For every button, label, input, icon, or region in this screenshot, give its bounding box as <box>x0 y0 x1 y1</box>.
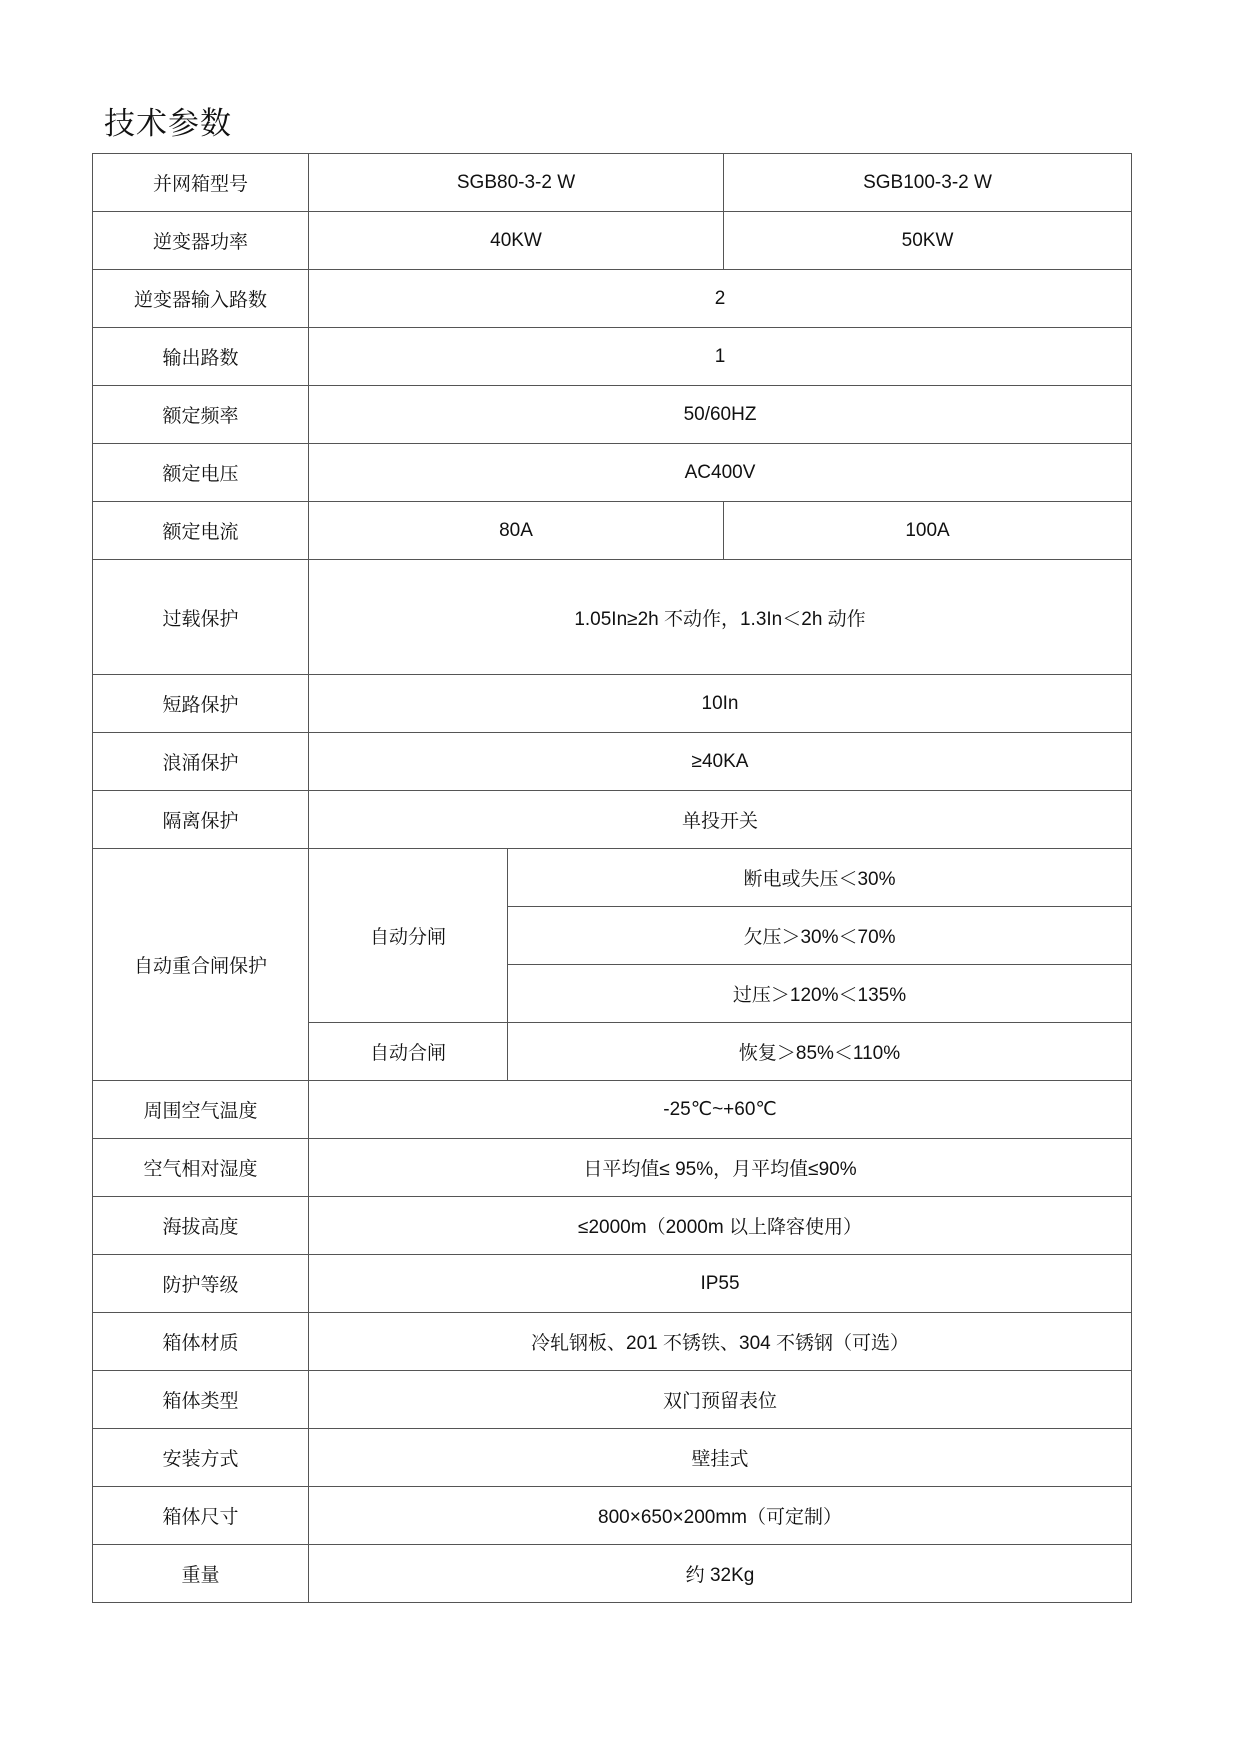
row-label: 过载保护 <box>93 560 309 675</box>
row-value: 100A <box>724 502 1132 560</box>
table-row: 过载保护 1.05In≥2h 不动作，1.3In＜2h 动作 <box>93 560 1132 675</box>
table-row: 箱体尺寸 800×650×200mm（可定制） <box>93 1487 1132 1545</box>
spec-table: 并网箱型号 SGB80-3-2 W SGB100-3-2 W 逆变器功率 40K… <box>92 153 1132 1603</box>
row-value: ≥40KA <box>309 733 1132 791</box>
row-value: 约 32Kg <box>309 1545 1132 1603</box>
table-row: 逆变器功率 40KW 50KW <box>93 212 1132 270</box>
row-label: 空气相对湿度 <box>93 1139 309 1197</box>
table-row: 海拔高度 ≤2000m（2000m 以上降容使用） <box>93 1197 1132 1255</box>
table-row: 重量 约 32Kg <box>93 1545 1132 1603</box>
row-value: 壁挂式 <box>309 1429 1132 1487</box>
row-value: 10In <box>309 675 1132 733</box>
sub-label: 自动分闸 <box>309 849 508 1023</box>
row-label: 浪涌保护 <box>93 733 309 791</box>
row-value: 单投开关 <box>309 791 1132 849</box>
table-row: 输出路数 1 <box>93 328 1132 386</box>
row-value: 2 <box>309 270 1132 328</box>
row-value: 50/60HZ <box>309 386 1132 444</box>
row-label: 输出路数 <box>93 328 309 386</box>
row-value: IP55 <box>309 1255 1132 1313</box>
row-label: 箱体类型 <box>93 1371 309 1429</box>
row-value: 过压＞120%＜135% <box>508 965 1132 1023</box>
row-value: 恢复＞85%＜110% <box>508 1023 1132 1081</box>
row-value: 日平均值≤ 95%，月平均值≤90% <box>309 1139 1132 1197</box>
row-label: 箱体尺寸 <box>93 1487 309 1545</box>
table-row: 额定频率 50/60HZ <box>93 386 1132 444</box>
row-label: 短路保护 <box>93 675 309 733</box>
row-label: 额定频率 <box>93 386 309 444</box>
table-row: 箱体材质 冷轧钢板、201 不锈铁、304 不锈钢（可选） <box>93 1313 1132 1371</box>
row-label: 额定电流 <box>93 502 309 560</box>
row-label: 防护等级 <box>93 1255 309 1313</box>
table-row: 额定电流 80A 100A <box>93 502 1132 560</box>
row-label: 安装方式 <box>93 1429 309 1487</box>
row-value: 1.05In≥2h 不动作，1.3In＜2h 动作 <box>309 560 1132 675</box>
row-label: 隔离保护 <box>93 791 309 849</box>
row-label: 逆变器功率 <box>93 212 309 270</box>
table-row: 浪涌保护 ≥40KA <box>93 733 1132 791</box>
table-row: 箱体类型 双门预留表位 <box>93 1371 1132 1429</box>
row-label: 并网箱型号 <box>93 154 309 212</box>
sub-label: 自动合闸 <box>309 1023 508 1081</box>
table-row: 逆变器输入路数 2 <box>93 270 1132 328</box>
row-value: 欠压＞30%＜70% <box>508 907 1132 965</box>
row-label: 额定电压 <box>93 444 309 502</box>
row-value: 40KW <box>309 212 724 270</box>
page-title: 技术参数 <box>104 98 232 143</box>
table-row: 并网箱型号 SGB80-3-2 W SGB100-3-2 W <box>93 154 1132 212</box>
row-label: 重量 <box>93 1545 309 1603</box>
table-row: 自动重合闸保护 自动分闸 断电或失压＜30% <box>93 849 1132 907</box>
row-value: -25℃~+60℃ <box>309 1081 1132 1139</box>
row-label: 逆变器输入路数 <box>93 270 309 328</box>
table-row: 安装方式 壁挂式 <box>93 1429 1132 1487</box>
row-value: 断电或失压＜30% <box>508 849 1132 907</box>
row-value: 50KW <box>724 212 1132 270</box>
row-value: SGB80-3-2 W <box>309 154 724 212</box>
row-value: 1 <box>309 328 1132 386</box>
row-value: 双门预留表位 <box>309 1371 1132 1429</box>
row-value: ≤2000m（2000m 以上降容使用） <box>309 1197 1132 1255</box>
row-value: AC400V <box>309 444 1132 502</box>
row-label: 周围空气温度 <box>93 1081 309 1139</box>
table-row: 短路保护 10In <box>93 675 1132 733</box>
row-value: 冷轧钢板、201 不锈铁、304 不锈钢（可选） <box>309 1313 1132 1371</box>
row-value: 800×650×200mm（可定制） <box>309 1487 1132 1545</box>
row-value: SGB100-3-2 W <box>724 154 1132 212</box>
table-row: 周围空气温度 -25℃~+60℃ <box>93 1081 1132 1139</box>
table-row: 额定电压 AC400V <box>93 444 1132 502</box>
row-label: 自动重合闸保护 <box>93 849 309 1081</box>
table-row: 空气相对湿度 日平均值≤ 95%，月平均值≤90% <box>93 1139 1132 1197</box>
table-row: 隔离保护 单投开关 <box>93 791 1132 849</box>
row-label: 海拔高度 <box>93 1197 309 1255</box>
row-value: 80A <box>309 502 724 560</box>
table-row: 防护等级 IP55 <box>93 1255 1132 1313</box>
row-label: 箱体材质 <box>93 1313 309 1371</box>
